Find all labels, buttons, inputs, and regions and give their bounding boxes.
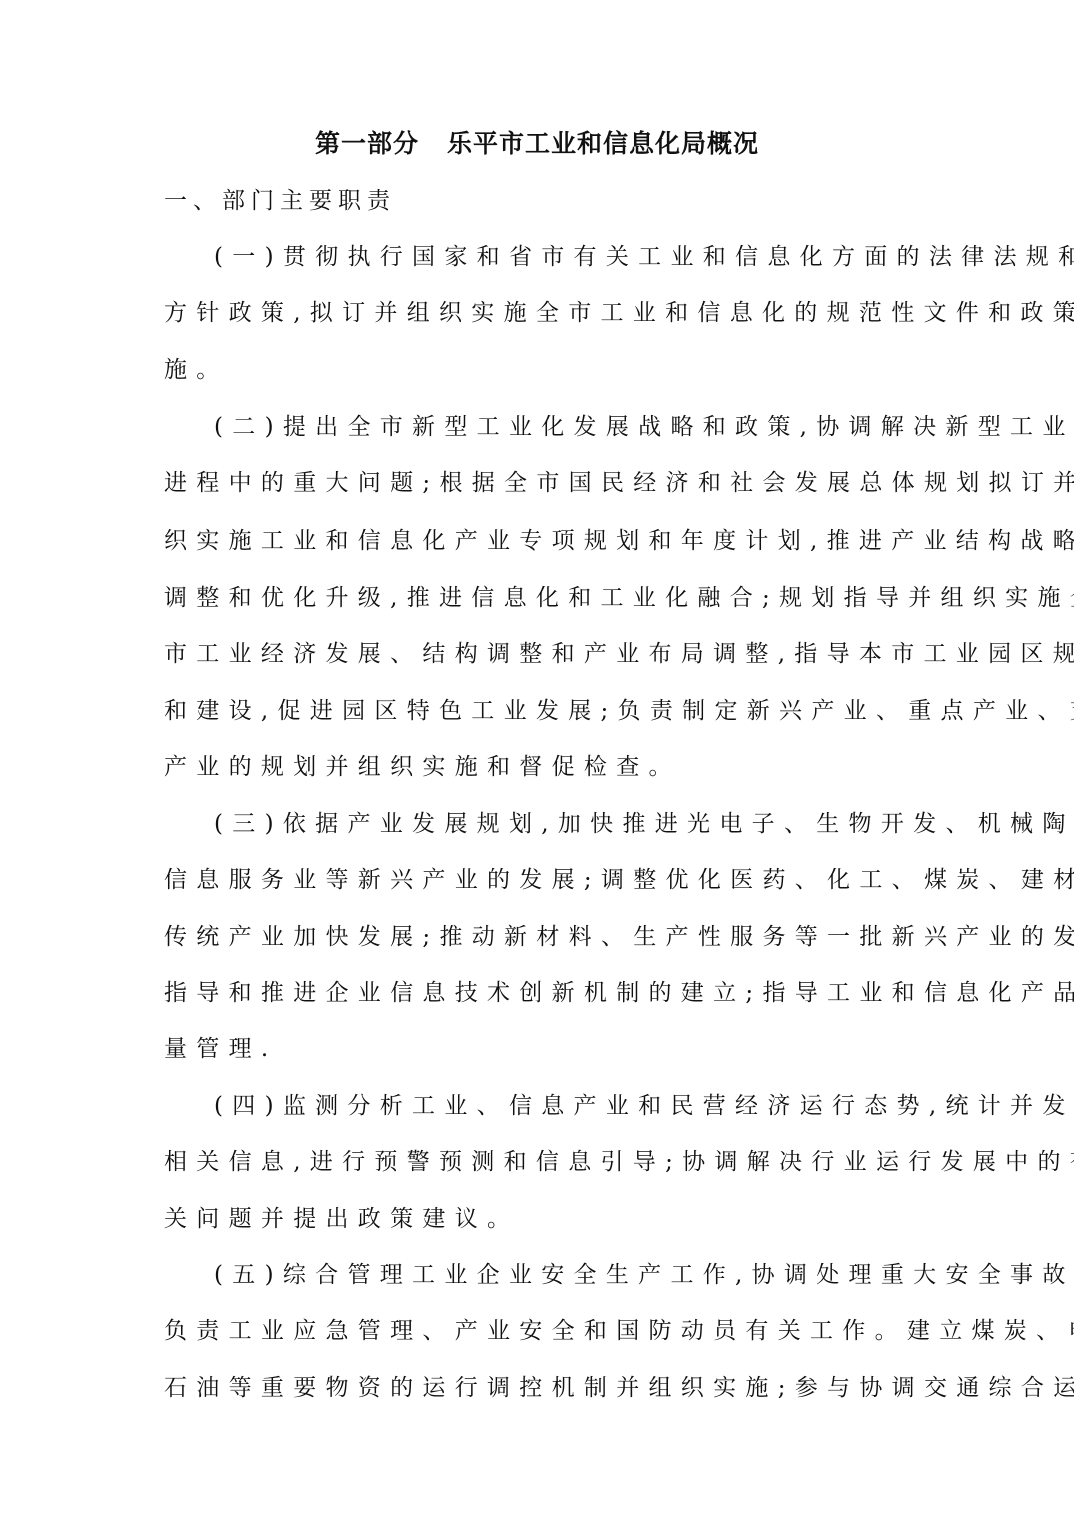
- document-page: 第一部分乐平市工业和信息化局概况 一、部门主要职责 (一)贯彻执行国家和省市有关…: [0, 0, 1074, 1520]
- paragraph-1-line-1: (一)贯彻执行国家和省市有关工业和信息化方面的法律法规和: [214, 237, 964, 277]
- paragraph-3-line-2: 信息服务业等新兴产业的发展;调整优化医药、化工、煤炭、建材等: [164, 860, 914, 900]
- paragraph-3-line-3: 传统产业加快发展;推动新材料、生产性服务等一批新兴产业的发展;: [164, 917, 914, 957]
- paragraph-2-line-1: (二)提出全市新型工业化发展战略和政策,协调解决新型工业化: [214, 407, 964, 447]
- paragraph-2-line-3: 织实施工业和信息化产业专项规划和年度计划,推进产业结构战略性: [164, 521, 914, 561]
- paragraph-5-line-2: 负责工业应急管理、产业安全和国防动员有关工作。建立煤炭、电力、: [164, 1311, 914, 1351]
- page-title: 第一部分乐平市工业和信息化局概况: [0, 124, 1074, 164]
- paragraph-2-line-5: 市工业经济发展、结构调整和产业布局调整,指导本市工业园区规划: [164, 634, 914, 674]
- paragraph-1-line-3: 施。: [164, 350, 914, 390]
- section-heading: 一、部门主要职责: [164, 181, 914, 221]
- paragraph-3-line-1: (三)依据产业发展规划,加快推进光电子、生物开发、机械陶瓷、: [214, 804, 964, 844]
- paragraph-1-line-2: 方针政策,拟订并组织实施全市工业和信息化的规范性文件和政策措: [164, 293, 914, 333]
- paragraph-2-line-2: 进程中的重大问题;根据全市国民经济和社会发展总体规划拟订并组: [164, 463, 914, 503]
- paragraph-4-line-2: 相关信息,进行预警预测和信息引导;协调解决行业运行发展中的有: [164, 1142, 914, 1182]
- paragraph-3-line-4: 指导和推进企业信息技术创新机制的建立;指导工业和信息化产品质: [164, 973, 914, 1013]
- title-name: 乐平市工业和信息化局概况: [447, 129, 759, 158]
- paragraph-2-line-4: 调整和优化升级,推进信息化和工业化融合;规划指导并组织实施全: [164, 578, 914, 618]
- paragraph-2-line-7: 产业的规划并组织实施和督促检查。: [164, 747, 914, 787]
- paragraph-5-line-1: (五)综合管理工业企业安全生产工作,协调处理重大安全事故。: [214, 1255, 964, 1295]
- paragraph-3-line-5: 量管理.: [164, 1029, 914, 1069]
- paragraph-2-line-6: 和建设,促进园区特色工业发展;负责制定新兴产业、重点产业、支柱: [164, 691, 914, 731]
- paragraph-4-line-3: 关问题并提出政策建议。: [164, 1199, 914, 1239]
- title-part: 第一部分: [315, 129, 419, 158]
- paragraph-5-line-3: 石油等重要物资的运行调控机制并组织实施;参与协调交通综合运输,: [164, 1368, 914, 1408]
- paragraph-4-line-1: (四)监测分析工业、信息产业和民营经济运行态势,统计并发布: [214, 1086, 964, 1126]
